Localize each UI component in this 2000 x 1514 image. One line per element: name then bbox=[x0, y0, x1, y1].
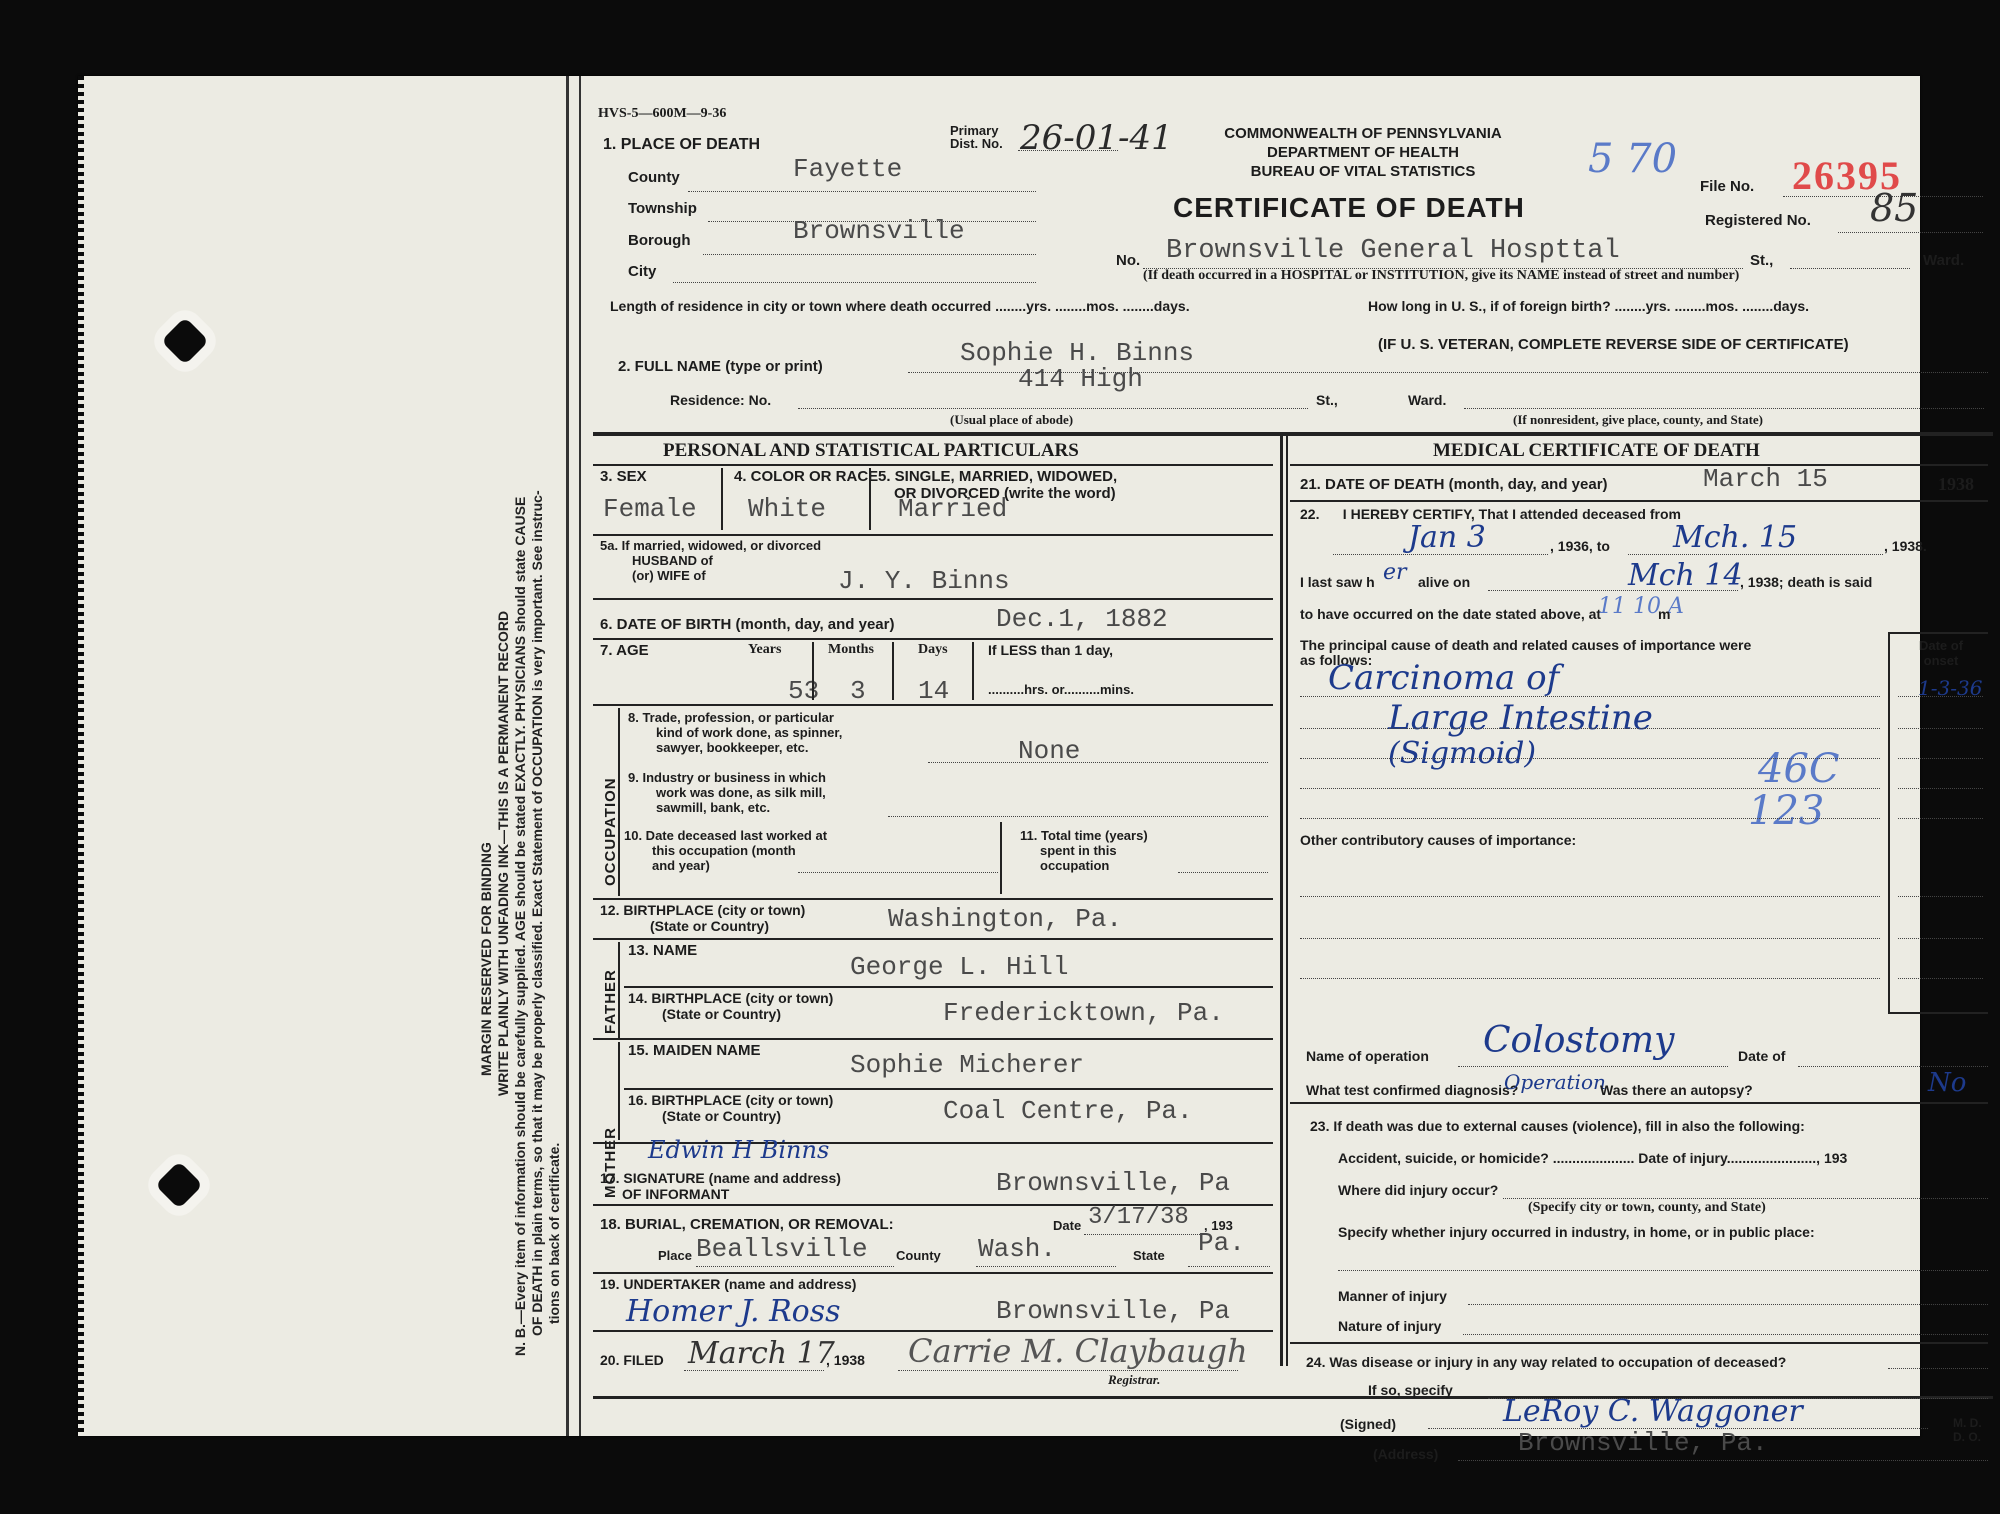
last-worked-label: 10. Date deceased last worked atthis occ… bbox=[624, 828, 827, 873]
burial-date: 3/17/38 bbox=[1088, 1204, 1189, 1231]
years-label: Years bbox=[748, 642, 781, 658]
spouse-label: 5a. If married, widowed, or divorcedHUSB… bbox=[600, 538, 821, 583]
borough-label: Borough bbox=[628, 232, 690, 249]
race-label: 4. COLOR OR RACE bbox=[734, 468, 878, 485]
filed-label: 20. FILED bbox=[600, 1352, 664, 1368]
attended-to-year: , 1938. bbox=[1884, 538, 1927, 554]
mother-name-value: Sophie Micherer bbox=[850, 1050, 1084, 1080]
occupation-side-label: OCCUPATION bbox=[602, 777, 619, 886]
informant-address: Brownsville, Pa bbox=[996, 1168, 1230, 1198]
dod-label: 21. DATE OF DEATH (month, day, and year) bbox=[1300, 476, 1608, 493]
less-than-day-label: If LESS than 1 day, bbox=[988, 642, 1113, 658]
burial-county: Wash. bbox=[978, 1234, 1056, 1264]
street-label: St., bbox=[1750, 252, 1773, 269]
test-label: What test confirmed diagnosis? bbox=[1306, 1082, 1518, 1098]
other-causes-label: Other contributory causes of importance: bbox=[1300, 832, 1576, 848]
institution-note: (If death occurred in a HOSPITAL or INST… bbox=[1143, 268, 1739, 284]
last-saw-pronoun: er bbox=[1383, 560, 1407, 585]
md-do-label: M. D.D. O. bbox=[1953, 1416, 1982, 1444]
date-of-operation-label: Date of bbox=[1738, 1048, 1785, 1064]
trade-label: 8. Trade, profession, or particularkind … bbox=[628, 710, 842, 755]
time-of-death: 11 10 A bbox=[1598, 594, 1684, 619]
burial-place: Beallsville bbox=[696, 1234, 868, 1264]
mother-birthplace-label: 16. BIRTHPLACE (city or town)(State or C… bbox=[628, 1092, 833, 1124]
hrs-mins-label: ..........hrs. or..........mins. bbox=[988, 682, 1134, 697]
father-name-value: George L. Hill bbox=[850, 952, 1068, 982]
test-value: Operation bbox=[1504, 1070, 1606, 1094]
sex-label: 3. SEX bbox=[600, 468, 647, 485]
father-name-label: 13. NAME bbox=[628, 942, 697, 959]
onset-label: Date ofonset bbox=[1898, 638, 1984, 668]
margin-nb-note: N. B.—Every item of information should b… bbox=[512, 497, 529, 1356]
physician-signature: LeRoy C. Waggoner bbox=[1503, 1394, 1803, 1429]
race-value: White bbox=[748, 494, 826, 524]
occurred-label: to have occurred on the date stated abov… bbox=[1300, 606, 1601, 622]
nonresident-note: (If nonresident, give place, county, and… bbox=[1513, 412, 1763, 428]
margin-write-plainly-note: WRITE PLAINLY WITH UNFADING INK—THIS IS … bbox=[495, 611, 512, 1096]
margin-binding-note: MARGIN RESERVED FOR BINDING bbox=[478, 842, 495, 1076]
where-injury-note: (Specify city or town, county, and State… bbox=[1528, 1200, 1766, 1216]
days-label: Days bbox=[918, 642, 948, 658]
veteran-note: (IF U. S. VETERAN, COMPLETE REVERSE SIDE… bbox=[1378, 336, 1849, 353]
where-injury-label: Where did injury occur? bbox=[1338, 1182, 1498, 1198]
burial-place-label: Place bbox=[658, 1248, 692, 1263]
pencil-annotation: 5 70 bbox=[1588, 136, 1677, 182]
residence-ward-label: Ward. bbox=[1408, 392, 1446, 408]
residence-value: 414 High bbox=[1018, 364, 1143, 394]
spouse-value: J. Y. Binns bbox=[838, 566, 1010, 596]
burial-state-label: State bbox=[1133, 1248, 1165, 1263]
burial-label: 18. BURIAL, CREMATION, OR REMOVAL: bbox=[600, 1216, 894, 1233]
sex-value: Female bbox=[603, 494, 697, 524]
death-certificate-page: MARGIN RESERVED FOR BINDING WRITE PLAINL… bbox=[78, 76, 1920, 1436]
abode-note: (Usual place of abode) bbox=[950, 412, 1073, 428]
if-so-label: If so, specify bbox=[1368, 1382, 1453, 1398]
informant-label: 17. SIGNATURE (name and address)OF INFOR… bbox=[600, 1170, 841, 1202]
birthplace-label: 12. BIRTHPLACE (city or town)(State or C… bbox=[600, 902, 805, 934]
county-label: County bbox=[628, 169, 680, 186]
undertaker-label: 19. UNDERTAKER (name and address) bbox=[600, 1276, 856, 1292]
nature-injury-label: Nature of injury bbox=[1338, 1318, 1441, 1334]
burial-date-label: Date bbox=[1053, 1218, 1081, 1233]
mother-birthplace-value: Coal Centre, Pa. bbox=[943, 1096, 1193, 1126]
place-of-death-label: 1. PLACE OF DEATH bbox=[603, 136, 760, 154]
foreign-birth-label: How long in U. S., if of foreign birth? … bbox=[1368, 298, 1809, 314]
father-birthplace-value: Fredericktown, Pa. bbox=[943, 998, 1224, 1028]
operation-value: Colostomy bbox=[1483, 1020, 1675, 1061]
operation-label: Name of operation bbox=[1306, 1048, 1429, 1064]
township-label: Township bbox=[628, 200, 697, 217]
borough-value: Brownsville bbox=[793, 216, 965, 246]
classification-code-1: 46C bbox=[1758, 746, 1840, 792]
filed-date: March 17 bbox=[688, 1336, 835, 1371]
ward-label: Ward. bbox=[1923, 252, 1964, 269]
physician-address: Brownsville, Pa. bbox=[1518, 1428, 1768, 1458]
last-saw-label: I last saw h bbox=[1300, 574, 1375, 590]
cause-line-2: Large Intestine bbox=[1388, 698, 1653, 738]
residence-label: Residence: No. bbox=[670, 392, 771, 408]
certificate-form: HVS-5—600M—9-36 1. PLACE OF DEATH Primar… bbox=[588, 76, 1920, 1436]
undertaker-address: Brownsville, Pa bbox=[996, 1296, 1230, 1326]
city-label: City bbox=[628, 263, 656, 280]
father-side-label: FATHER bbox=[602, 969, 619, 1034]
registered-no-label: Registered No. bbox=[1705, 212, 1811, 229]
burial-state: Pa. bbox=[1198, 1228, 1245, 1258]
alive-on-label: alive on bbox=[1418, 574, 1470, 590]
filed-year: , 1938 bbox=[826, 1352, 865, 1368]
autopsy-label: Was there an autopsy? bbox=[1600, 1082, 1753, 1098]
informant-signature: Edwin H Binns bbox=[648, 1136, 829, 1164]
age-label: 7. AGE bbox=[600, 642, 649, 659]
age-years: 53 bbox=[788, 676, 819, 706]
cause-line-1: Carcinoma of bbox=[1328, 658, 1559, 698]
industry-label: 9. Industry or business in whichwork was… bbox=[628, 770, 826, 815]
accident-label: Accident, suicide, or homicide? ........… bbox=[1338, 1150, 1847, 1166]
address-label: (Address) bbox=[1373, 1446, 1438, 1462]
binding-rule bbox=[566, 76, 581, 1436]
age-days: 14 bbox=[918, 676, 949, 706]
time-suffix: m bbox=[1658, 606, 1670, 622]
burial-county-label: County bbox=[896, 1248, 941, 1263]
institution-name: Brownsville General Hospttal bbox=[1166, 236, 1620, 266]
county-value: Fayette bbox=[793, 154, 902, 184]
dob-value: Dec.1, 1882 bbox=[996, 604, 1168, 634]
father-birthplace-label: 14. BIRTHPLACE (city or town)(State or C… bbox=[628, 990, 833, 1022]
dod-year: 1938 bbox=[1938, 474, 1974, 495]
dob-label: 6. DATE OF BIRTH (month, day, and year) bbox=[600, 616, 894, 633]
dod-value: March 15 bbox=[1703, 464, 1828, 494]
total-time-label: 11. Total time (years)spent in thisoccup… bbox=[1020, 828, 1148, 873]
file-no-label: File No. bbox=[1700, 178, 1754, 195]
classification-code-2: 123 bbox=[1748, 788, 1824, 834]
manner-injury-label: Manner of injury bbox=[1338, 1288, 1447, 1304]
margin-nb-note-2: OF DEATH in plain terms, so that it may … bbox=[529, 490, 546, 1336]
residence-st-label: St., bbox=[1316, 392, 1338, 408]
primary-dist-no: 26-01-41 bbox=[1020, 118, 1173, 158]
institution-no-label: No. bbox=[1116, 252, 1140, 269]
external-causes-label: 23. If death was due to external causes … bbox=[1310, 1118, 1805, 1134]
primary-dist-label: PrimaryDist. No. bbox=[950, 124, 1003, 150]
signed-label: (Signed) bbox=[1340, 1416, 1396, 1432]
specify-place-label: Specify whether injury occurred in indus… bbox=[1338, 1224, 1815, 1240]
attended-from: Jan 3 bbox=[1408, 520, 1486, 555]
form-code: HVS-5—600M—9-36 bbox=[598, 106, 726, 122]
marital-value: Married bbox=[898, 494, 1007, 524]
months-label: Months bbox=[828, 642, 874, 658]
certificate-title: CERTIFICATE OF DEATH bbox=[1173, 192, 1525, 224]
last-saw-year: , 1938; death is said bbox=[1740, 574, 1872, 590]
occupation-related-label: 24. Was disease or injury in any way rel… bbox=[1306, 1354, 1786, 1370]
punch-hole-top bbox=[161, 317, 209, 365]
certify-label: 22. I HEREBY CERTIFY, That I attended de… bbox=[1300, 506, 1681, 522]
age-months: 3 bbox=[850, 676, 866, 706]
autopsy-value: No bbox=[1928, 1068, 1966, 1098]
registered-number: 85 bbox=[1870, 186, 1918, 230]
agency-header: COMMONWEALTH OF PENNSYLVANIADEPARTMENT O… bbox=[1168, 124, 1558, 181]
mother-name-label: 15. MAIDEN NAME bbox=[628, 1042, 761, 1059]
personal-heading: PERSONAL AND STATISTICAL PARTICULARS bbox=[663, 440, 1079, 462]
registrar-label: Registrar. bbox=[1108, 1372, 1160, 1388]
undertaker-signature: Homer J. Ross bbox=[626, 1294, 841, 1329]
birthplace-value: Washington, Pa. bbox=[888, 904, 1122, 934]
cause-line-3: (Sigmoid) bbox=[1388, 736, 1536, 771]
margin-nb-note-3: tions on back of certificate. bbox=[546, 1143, 563, 1324]
residence-length-label: Length of residence in city or town wher… bbox=[610, 298, 1190, 314]
last-saw-date: Mch 14 bbox=[1628, 558, 1743, 593]
punch-hole-bottom bbox=[155, 1161, 203, 1209]
registrar-signature: Carrie M. Claybaugh bbox=[908, 1332, 1248, 1370]
attended-from-year: , 1936, to bbox=[1550, 538, 1610, 554]
medical-heading: MEDICAL CERTIFICATE OF DEATH bbox=[1433, 440, 1760, 462]
full-name-label: 2. FULL NAME (type or print) bbox=[618, 358, 823, 375]
attended-to: Mch. 15 bbox=[1673, 520, 1797, 555]
